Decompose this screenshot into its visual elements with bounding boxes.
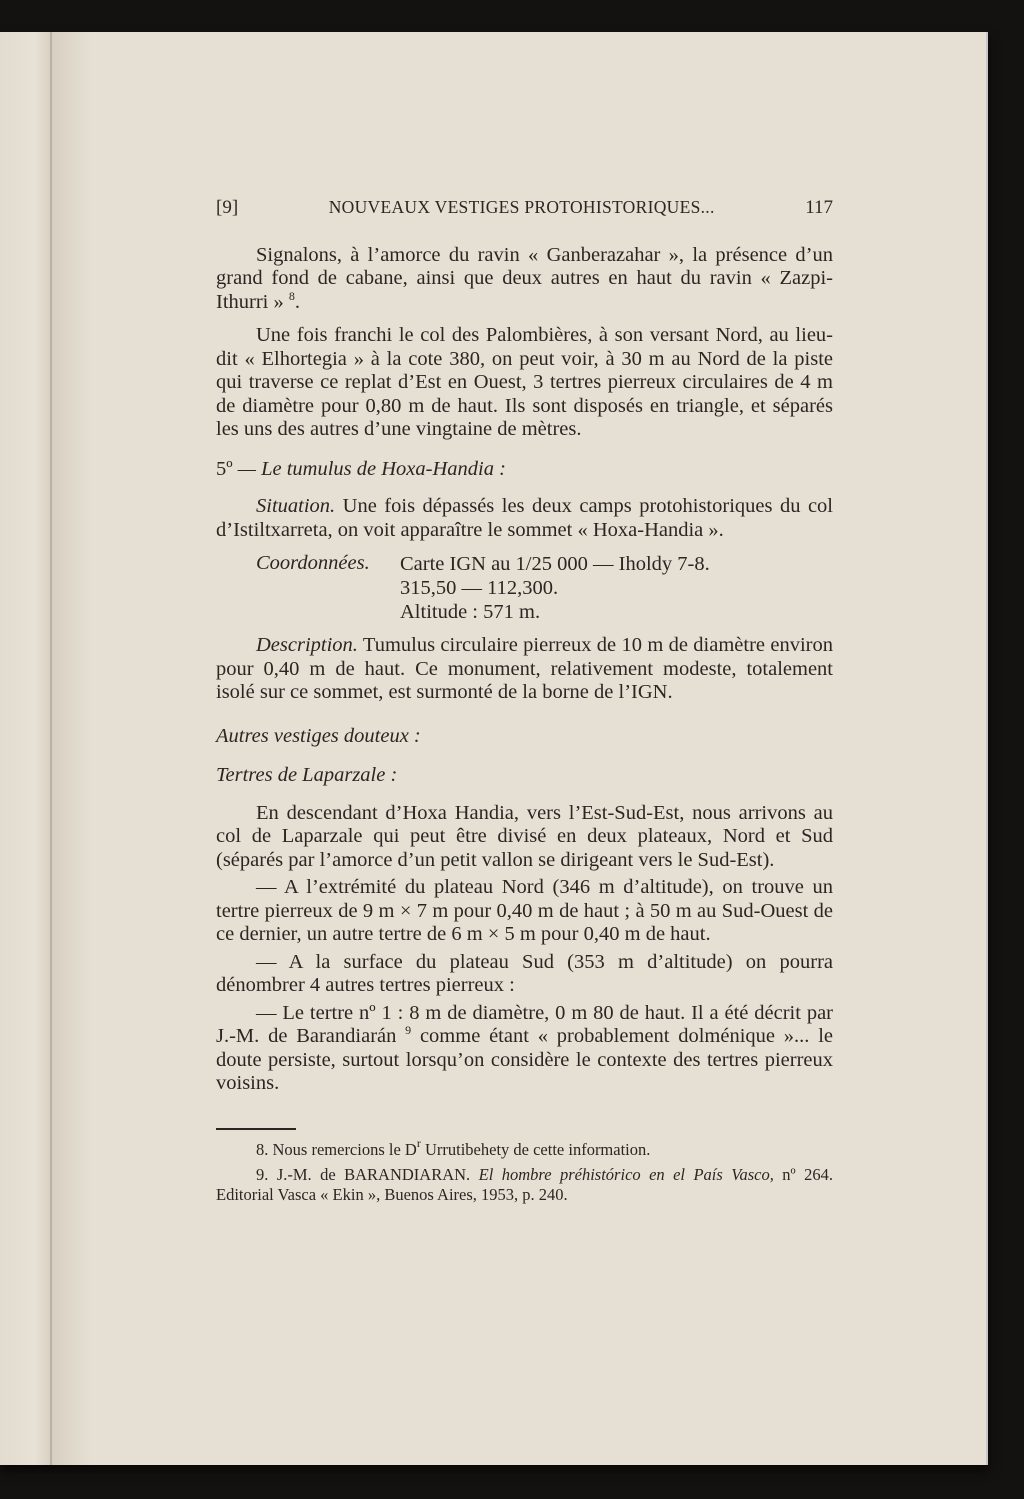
gutter-shadow xyxy=(52,32,92,1465)
coordinates-lines: Carte IGN au 1/25 000 — Iholdy 7-8. 315,… xyxy=(400,552,833,624)
paragraph-laparzale: En descendant d’Hoxa Handia, vers l’Est-… xyxy=(216,802,833,873)
coordinates-map: Carte IGN au 1/25 000 — Iholdy 7-8. xyxy=(400,552,833,576)
footnote-number: 9. xyxy=(256,1165,268,1184)
paragraph-plateau-sud: — A la surface du plateau Sud (353 m d’a… xyxy=(216,951,833,998)
section-number: 5º xyxy=(216,458,233,480)
footnote-9: 9. J.-M. de BARANDIARAN. El hombre préhi… xyxy=(216,1165,833,1205)
section-heading-hoxa-handia: 5º — Le tumulus de Hoxa-Handia : xyxy=(216,458,833,482)
paragraph-tertre-1: — Le tertre nº 1 : 8 m de diamètre, 0 m … xyxy=(216,1002,833,1096)
footnote-8: 8. Nous remercions le Dr Urrutibehety de… xyxy=(216,1140,833,1160)
footnotes: 8. Nous remercions le Dr Urrutibehety de… xyxy=(216,1140,833,1205)
running-title: NOUVEAUX VESTIGES PROTOHISTORIQUES... xyxy=(329,196,715,220)
page-number: 117 xyxy=(805,196,833,220)
situation-label: Situation. xyxy=(256,495,335,517)
description-label: Description. xyxy=(256,634,358,656)
running-head: [9] NOUVEAUX VESTIGES PROTOHISTORIQUES..… xyxy=(216,196,833,220)
paragraph-description: Description. Tumulus circulaire pierreux… xyxy=(216,634,833,705)
section-title: — Le tumulus de Hoxa-Handia : xyxy=(238,458,506,480)
coordinates-altitude: Altitude : 571 m. xyxy=(400,600,833,624)
paragraph-text: Signalons, à l’amorce du ravin « Ganbera… xyxy=(216,244,833,313)
footnote-author: J.-M. de BARANDIARAN. xyxy=(268,1165,478,1184)
heading-tertres-laparzale: Tertres de Laparzale : xyxy=(216,764,833,788)
paragraph-end: . xyxy=(295,291,300,313)
footnote-text-cont: Urrutibehety de cette information. xyxy=(421,1140,651,1159)
paragraph-plateau-nord: — A l’extrémité du plateau Nord (346 m d… xyxy=(216,876,833,947)
paragraph-elhortegia: Une fois franchi le col des Palombières,… xyxy=(216,324,833,442)
chapter-folio: [9] xyxy=(216,196,238,220)
footnote-text: Nous remercions le D xyxy=(268,1140,416,1159)
footnote-separator xyxy=(216,1128,296,1130)
text-column: [9] NOUVEAUX VESTIGES PROTOHISTORIQUES..… xyxy=(216,196,833,1210)
coordinates-label: Coordonnées. xyxy=(256,552,400,624)
coordinates-xy: 315,50 — 112,300. xyxy=(400,576,833,600)
facing-page-edge xyxy=(0,32,50,1465)
footnote-book-title: El hombre préhistórico en el País Vasco, xyxy=(479,1165,774,1184)
coordinates-block: Coordonnées. Carte IGN au 1/25 000 — Iho… xyxy=(256,552,833,624)
heading-autres-vestiges: Autres vestiges douteux : xyxy=(216,725,833,749)
footnote-number: 8. xyxy=(256,1140,268,1159)
paragraph-ganberazahar: Signalons, à l’amorce du ravin « Ganbera… xyxy=(216,244,833,315)
paragraph-situation: Situation. Une fois dépassés les deux ca… xyxy=(216,495,833,542)
